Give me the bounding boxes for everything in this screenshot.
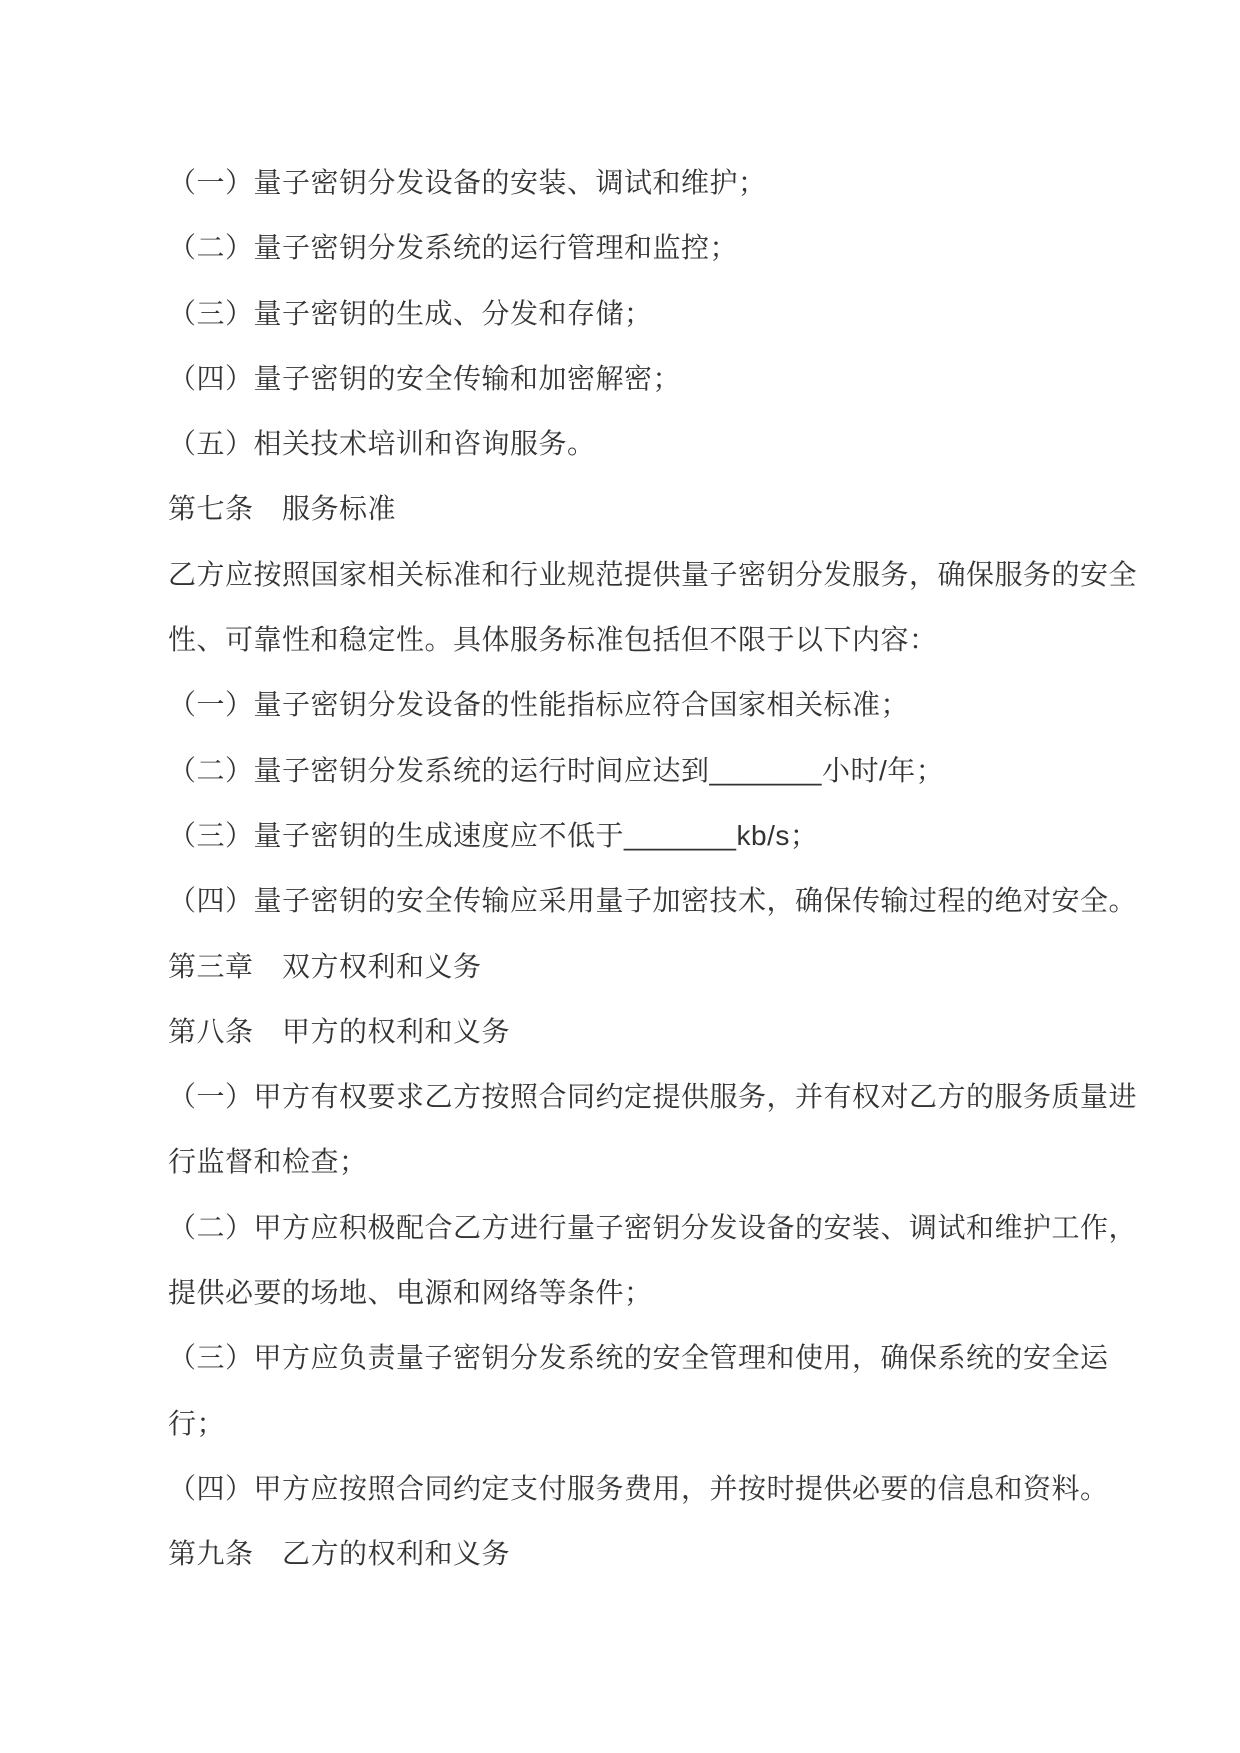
section-heading: 第七条 服务标准	[168, 476, 1090, 541]
document-line: （二）甲方应积极配合乙方进行量子密钥分发设备的安装、调试和维护工作，	[168, 1195, 1090, 1260]
document-line: （四）量子密钥的安全传输应采用量子加密技术，确保传输过程的绝对安全。	[168, 868, 1090, 933]
document-line: 提供必要的场地、电源和网络等条件；	[168, 1260, 1090, 1325]
document-line: 性、可靠性和稳定性。具体服务标准包括但不限于以下内容：	[168, 607, 1090, 672]
document-line: 行；	[168, 1391, 1090, 1456]
section-heading: 第八条 甲方的权利和义务	[168, 999, 1090, 1064]
document-line: （四）甲方应按照合同约定支付服务费用，并按时提供必要的信息和资料。	[168, 1456, 1090, 1521]
section-heading: 第九条 乙方的权利和义务	[168, 1521, 1090, 1586]
document-line: （四）量子密钥的安全传输和加密解密；	[168, 346, 1090, 411]
document-line: （三）量子密钥的生成、分发和存储；	[168, 281, 1090, 346]
document-line: （三）甲方应负责量子密钥分发系统的安全管理和使用，确保系统的安全运	[168, 1325, 1090, 1390]
document-line: 乙方应按照国家相关标准和行业规范提供量子密钥分发服务，确保服务的安全	[168, 542, 1090, 607]
document-line: （五）相关技术培训和咨询服务。	[168, 411, 1090, 476]
chapter-heading: 第三章 双方权利和义务	[168, 934, 1090, 999]
document-page: （一）量子密钥分发设备的安装、调试和维护； （二）量子密钥分发系统的运行管理和监…	[0, 0, 1240, 1753]
document-line-with-blank: （二）量子密钥分发系统的运行时间应达到_______小时/年；	[168, 738, 1090, 803]
document-line: 行监督和检查；	[168, 1129, 1090, 1194]
document-line: （二）量子密钥分发系统的运行管理和监控；	[168, 215, 1090, 280]
document-line: （一）量子密钥分发设备的安装、调试和维护；	[168, 150, 1090, 215]
document-line: （一）量子密钥分发设备的性能指标应符合国家相关标准；	[168, 672, 1090, 737]
document-line: （一）甲方有权要求乙方按照合同约定提供服务，并有权对乙方的服务质量进	[168, 1064, 1090, 1129]
document-line-with-blank: （三）量子密钥的生成速度应不低于_______kb/s；	[168, 803, 1090, 868]
